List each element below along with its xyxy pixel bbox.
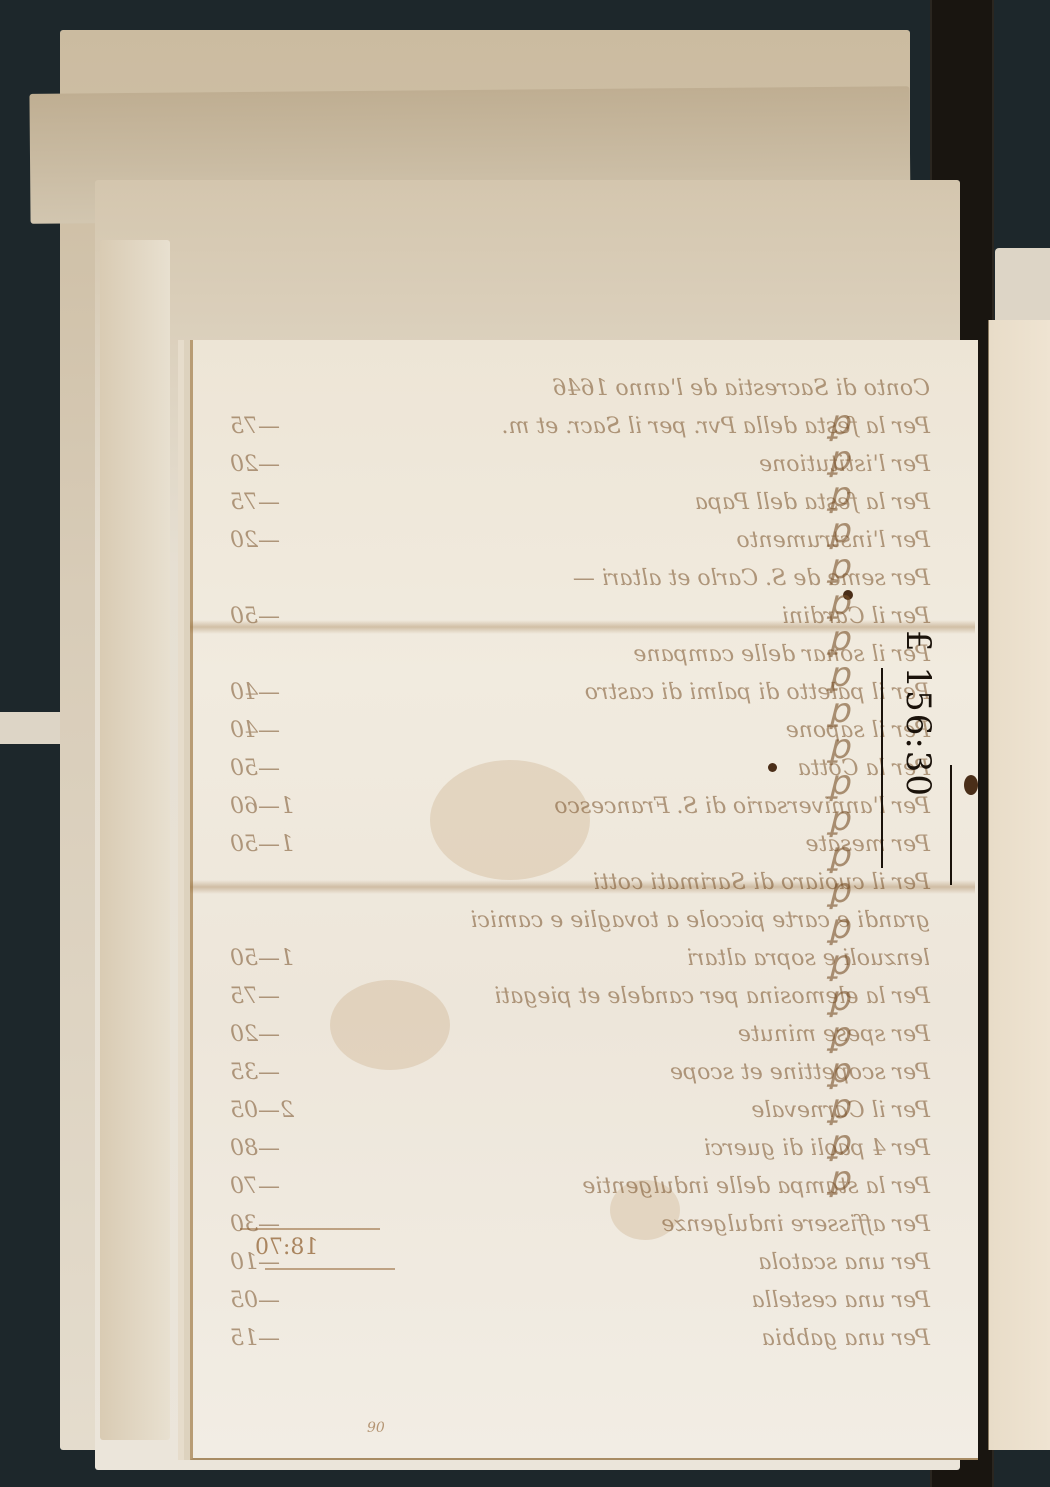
bleed-line: Per il sapone—40 [230, 712, 930, 750]
total-rule [265, 1268, 395, 1270]
bleed-line: Per il Cardini—50 [230, 598, 930, 636]
bleed-line: Per il cuoiaro di Sarimati cotti [230, 864, 930, 902]
bleed-line: Per una scatola—10 [230, 1244, 930, 1282]
bleed-line: Per spese minute—20 [230, 1016, 930, 1054]
bleed-line: Per la festa dell Papa—75 [230, 484, 930, 522]
bleed-line: Per il Carnevale2—05 [230, 1092, 930, 1130]
bleed-line: Per la festa della Pvr. per il Sacr. et … [230, 408, 930, 446]
bleed-line: Per scopettine et scope—35 [230, 1054, 930, 1092]
adjacent-page-scrap [995, 248, 1050, 328]
left-edge-sheets [100, 240, 170, 1440]
adjacent-page [988, 320, 1050, 1450]
ink-annotation: £ 156:30 [878, 630, 938, 890]
bleed-line: Per la Cotta—50 [230, 750, 930, 788]
page-number: 90 [367, 1420, 385, 1436]
annotation-rule [950, 765, 952, 885]
bleed-line: Per mesate1—50 [230, 826, 930, 864]
bleed-line: lenzuoli e sopra altari1—50 [230, 940, 930, 978]
bleed-line: Per seme de S. Carlo et altari — [230, 560, 930, 598]
bleed-line: Per la stampa delle indulgentie—70 [230, 1168, 930, 1206]
bleed-line: Per il paletto di palmi di castro—40 [230, 674, 930, 712]
total-rule [240, 1228, 380, 1230]
annotation-rule [881, 668, 883, 868]
bleed-line: Per 4 paoli di guerci—80 [230, 1130, 930, 1168]
annotation-amount: £ 156:30 [898, 630, 938, 890]
binding-strap [0, 712, 60, 744]
bleed-line: Per una cestella—05 [230, 1282, 930, 1320]
bleed-line: Per una gabbia—15 [230, 1320, 930, 1358]
bleed-line: Per affissere indulgenze—30 [230, 1206, 930, 1244]
bleed-line: Per la elemosina per candele et piegati—… [230, 978, 930, 1016]
ink-blot [964, 775, 978, 795]
bleed-line: Per l'instrumento—20 [230, 522, 930, 560]
bleed-line: Per l'anniversario di S. Francesco1—60 [230, 788, 930, 826]
bleed-through-text: Conto di Sacrestia de l'anno 1646 Per la… [230, 370, 930, 1358]
page-total: 18:70 [255, 1235, 318, 1260]
bleed-line: Conto di Sacrestia de l'anno 1646 [230, 370, 930, 408]
bleed-line: Per l'istitutione—20 [230, 446, 930, 484]
bleed-line: grandi e carte piccole a tovaglie e cami… [230, 902, 930, 940]
bleed-line: Per il sonar delle campane [230, 636, 930, 674]
